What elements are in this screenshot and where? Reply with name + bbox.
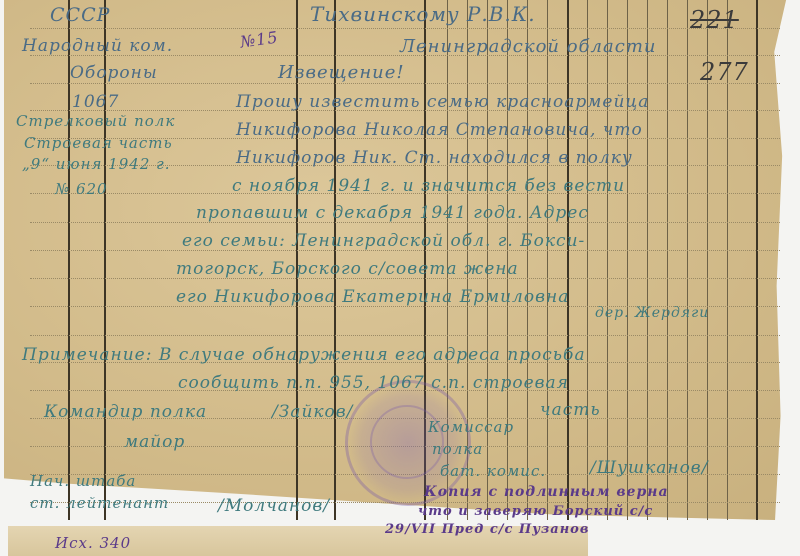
commander-title: Командир полка	[44, 402, 207, 422]
body-line-7: тогорск, Борского с/совета жена	[176, 259, 519, 279]
ledger-line	[627, 0, 628, 520]
ledger-line	[587, 0, 588, 520]
commissar-name: /Шушканов/	[590, 458, 708, 478]
archive-number-crossed: 221	[690, 6, 739, 34]
certification-line-2: что и заверяю Борский с/с	[418, 504, 653, 519]
commander-name: /Зайков/	[272, 402, 353, 422]
header-date: „9“ июня 1942 г.	[22, 155, 171, 173]
body-line-8: его Никифорова Екатерина Ермиловна	[176, 287, 569, 307]
ledger-line	[756, 0, 758, 520]
header-regiment-number: 1067	[72, 92, 119, 112]
ruled-line	[30, 28, 780, 29]
note-line-2: сообщить п.п. 955, 1067 с.п. строевая	[178, 373, 569, 393]
header-rifle-regiment: Стрелковый полк	[16, 112, 175, 130]
addressee-line1: Тихвинскому Р.В.К.	[310, 2, 536, 26]
addressee-line2: Ленинградской области	[400, 36, 656, 57]
document-title: Извещение!	[278, 62, 405, 83]
note-line-1: Примечание: В случае обнаружения его адр…	[22, 345, 586, 365]
ledger-line	[667, 0, 668, 520]
header-commissariat: Народный ком.	[22, 36, 173, 56]
body-line-6: его семьи: Ленинградской обл. г. Бокси-	[182, 231, 585, 251]
ledger-line	[687, 0, 688, 520]
header-ussr: СССР	[50, 4, 110, 26]
body-line-1: Прошу известить семью красноармейца	[236, 92, 649, 112]
commissar-title-1: Комиссар	[428, 418, 514, 436]
body-line-9: дер. Жердяги	[595, 305, 709, 321]
chief-of-staff-rank: ст. лейтенант	[30, 494, 169, 512]
body-line-3: Никифоров Ник. Ст. находился в полку	[236, 148, 633, 168]
ledger-line	[547, 0, 548, 520]
ledger-line	[527, 0, 528, 520]
note-line-3: часть	[540, 400, 601, 420]
ruled-line	[30, 335, 780, 336]
commissar-title-3: бат. комис.	[440, 462, 546, 480]
chief-of-staff-title: Нач. штаба	[30, 472, 136, 490]
certification-line-1: Копия с подлинным верна	[424, 484, 669, 500]
commander-rank: майор	[124, 432, 185, 452]
ledger-line	[607, 0, 608, 520]
body-line-5: пропавшим с декабря 1941 года. Адрес	[196, 203, 589, 223]
body-line-4: с ноября 1941 г. и значится без вести	[232, 176, 625, 196]
archive-number: 277	[700, 58, 749, 86]
certification-line-3: 29/VII Пред с/с Пузанов	[385, 522, 589, 537]
ledger-line	[567, 0, 569, 520]
body-line-2: Никифорова Николая Степановича, что	[236, 120, 643, 140]
header-defense: Обороны	[70, 63, 158, 83]
header-combat-unit: Строевая часть	[24, 134, 173, 152]
chief-of-staff-name: /Молчанов/	[218, 496, 330, 516]
outgoing-number: Исх. 340	[55, 534, 131, 552]
ruled-line	[30, 83, 780, 84]
commissar-title-2: полка	[432, 440, 483, 458]
ledger-line	[647, 0, 648, 520]
header-doc-number: № 620	[55, 180, 108, 198]
